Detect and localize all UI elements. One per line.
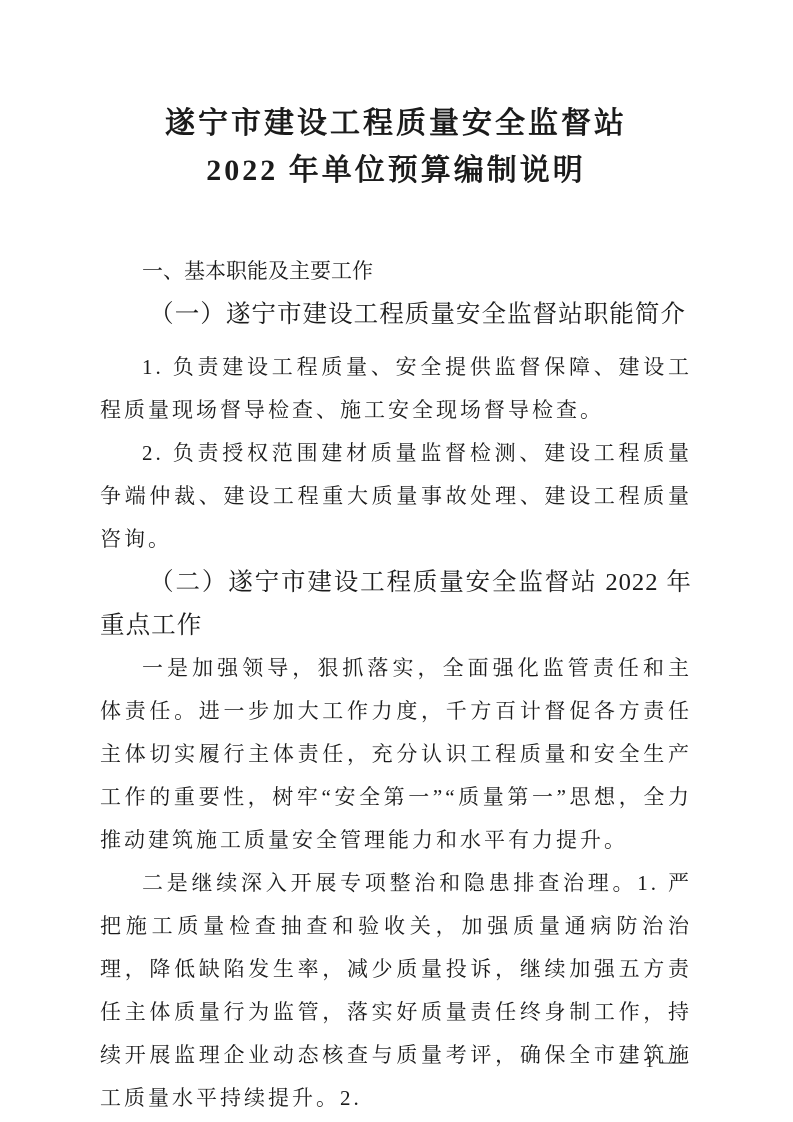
page-number: — 1 — [620,1052,681,1072]
document-page: 遂宁市建设工程质量安全监督站 2022 年单位预算编制说明 一、基本职能及主要工… [0,0,793,1122]
paragraph-function-1: 1. 负责建设工程质量、安全提供监督保障、建设工程质量现场督导检查、施工安全现场… [100,346,692,432]
subsection-heading-functions-intro: （一）遂宁市建设工程质量安全监督站职能简介 [100,293,692,336]
subsection-heading-2022-key-work: （二）遂宁市建设工程质量安全监督站 2022 年重点工作 [100,561,692,647]
document-body: 一、基本职能及主要工作 （一）遂宁市建设工程质量安全监督站职能简介 1. 负责建… [100,250,692,1120]
section-heading-basic-functions: 一、基本职能及主要工作 [100,250,692,293]
paragraph-function-2: 2. 负责授权范围建材质量监督检测、建设工程质量争端仲裁、建设工程重大质量事故处… [100,432,692,561]
paragraph-key-work-1: 一是加强领导，狠抓落实，全面强化监管责任和主体责任。进一步加大工作力度，千方百计… [100,647,692,862]
document-title-line1: 遂宁市建设工程质量安全监督站 [100,100,692,147]
document-title-line2: 2022 年单位预算编制说明 [100,147,692,194]
paragraph-key-work-2: 二是继续深入开展专项整治和隐患排查治理。1. 严把施工质量检查抽查和验收关，加强… [100,862,692,1120]
document-title: 遂宁市建设工程质量安全监督站 2022 年单位预算编制说明 [100,100,692,194]
